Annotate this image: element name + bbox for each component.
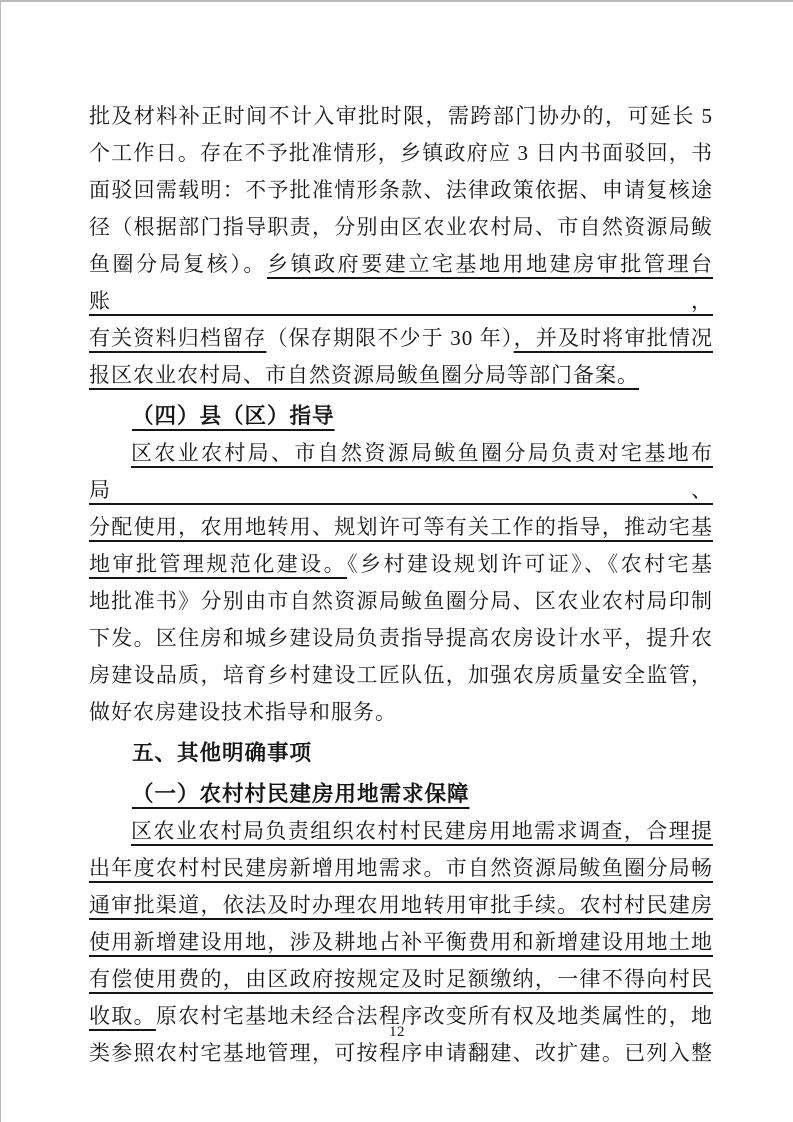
underlined-text-segment: ，并及时将审批情况 [514, 326, 713, 350]
text-segment: 《乡村建设规划许可证》、《农村宅基 [347, 552, 713, 576]
text-segment: 批及材料补正时间不计入审批时限，需跨部门协办的，可延长 5 [89, 104, 713, 128]
underlined-text-segment: （一）农村村民建房用地需求保障 [132, 782, 470, 806]
underlined-text-segment: 有关资料归档留存 [89, 326, 266, 350]
text-line: 地批准书》分别由市自然资源局鲅鱼圈分局、区农业农村局印制 [89, 583, 713, 620]
text-line: 批及材料补正时间不计入审批时限，需跨部门协办的，可延长 5 [89, 98, 713, 135]
text-line: 鱼圈分局复核）。乡镇政府要建立宅基地用地建房审批管理台账， [89, 246, 713, 320]
heading-line: 五、其他明确事项 [89, 735, 713, 772]
text-line: 出年度农村村民建房新增用地需求。市自然资源局鲅鱼圈分局畅 [89, 850, 713, 887]
document-lines: 批及材料补正时间不计入审批时限，需跨部门协办的，可延长 5个工作日。存在不予批准… [1, 2, 793, 1072]
text-segment: 鱼圈分局复核）。 [89, 252, 267, 276]
underlined-text-segment: 分配使用，农用地转用、规划许可等有关工作的指导，推动宅基 [89, 515, 713, 539]
text-line: 面驳回需载明：不予批准情形条款、法律政策依据、申请复核途 [89, 172, 713, 209]
heading-line: （一）农村村民建房用地需求保障 [89, 776, 713, 813]
document-page: { "page": { "number": "12", "background_… [0, 0, 793, 1122]
text-line: 使用新增建设用地，涉及耕地占补平衡费用和新增建设用地土地 [89, 924, 713, 961]
text-segment: 个工作日。存在不予批准情形，乡镇政府应 3 日内书面驳回，书 [89, 141, 713, 165]
text-segment: 下发。区住房和城乡建设局负责指导提高农房设计水平，提升农 [89, 626, 713, 650]
text-segment: 类参照农村宅基地管理，可按程序申请翻建、改扩建。已列入整 [89, 1041, 713, 1065]
underlined-text-segment: 报区农业农村局、市自然资源局鲅鱼圈分局等部门备案。 [89, 363, 639, 387]
underlined-text-segment: 区农业农村局负责组织农村村民建房用地需求调查，合理提 [131, 819, 713, 843]
text-line: 有偿使用费的，由区政府按规定及时足额缴纳，一律不得向村民 [89, 961, 713, 998]
text-segment: 面驳回需载明：不予批准情形条款、法律政策依据、申请复核途 [89, 178, 713, 202]
text-line: 个工作日。存在不予批准情形，乡镇政府应 3 日内书面驳回，书 [89, 135, 713, 172]
underlined-text-segment: 地审批管理规范化建设。 [89, 552, 347, 576]
text-line: 区农业农村局负责组织农村村民建房用地需求调查，合理提 [89, 813, 713, 850]
text-line: 报区农业农村局、市自然资源局鲅鱼圈分局等部门备案。 [89, 357, 713, 394]
underlined-text-segment: 区农业农村局、市自然资源局鲅鱼圈分局负责对宅基地布局、 [89, 441, 713, 502]
text-line: 区农业农村局、市自然资源局鲅鱼圈分局负责对宅基地布局、 [89, 435, 713, 509]
text-segment: 径（根据部门指导职责，分别由区农业农村局、市自然资源局鲅 [89, 215, 713, 239]
underlined-text-segment: 使用新增建设用地，涉及耕地占补平衡费用和新增建设用地土地 [89, 930, 713, 954]
text-line: 房建设品质，培育乡村建设工匠队伍，加强农房质量安全监管， [89, 657, 713, 694]
page-number: 12 [1, 1024, 793, 1041]
heading-line: （四）县（区）指导 [89, 398, 713, 435]
text-line: 分配使用，农用地转用、规划许可等有关工作的指导，推动宅基 [89, 509, 713, 546]
text-segment: 房建设品质，培育乡村建设工匠队伍，加强农房质量安全监管， [89, 663, 713, 687]
underlined-text-segment: （四）县（区）指导 [132, 404, 335, 428]
text-segment: 五、其他明确事项 [132, 741, 312, 765]
text-segment: 做好农房建设技术指导和服务。 [89, 700, 397, 724]
text-line: 径（根据部门指导职责，分别由区农业农村局、市自然资源局鲅 [89, 209, 713, 246]
text-line: 地审批管理规范化建设。《乡村建设规划许可证》、《农村宅基 [89, 546, 713, 583]
underlined-text-segment: 出年度农村村民建房新增用地需求。市自然资源局鲅鱼圈分局畅 [89, 856, 713, 880]
underlined-text-segment: 通审批渠道，依法及时办理农用地转用审批手续。农村村民建房 [89, 893, 713, 917]
text-segment: 地批准书》分别由市自然资源局鲅鱼圈分局、区农业农村局印制 [89, 589, 713, 613]
underlined-text-segment: 有偿使用费的，由区政府按规定及时足额缴纳，一律不得向村民 [89, 967, 713, 991]
text-segment: （保存期限不少于 30 年） [266, 326, 513, 350]
text-line: 有关资料归档留存（保存期限不少于 30 年），并及时将审批情况 [89, 320, 713, 357]
text-line: 通审批渠道，依法及时办理农用地转用审批手续。农村村民建房 [89, 887, 713, 924]
text-line: 做好农房建设技术指导和服务。 [89, 694, 713, 731]
text-line: 下发。区住房和城乡建设局负责指导提高农房设计水平，提升农 [89, 620, 713, 657]
